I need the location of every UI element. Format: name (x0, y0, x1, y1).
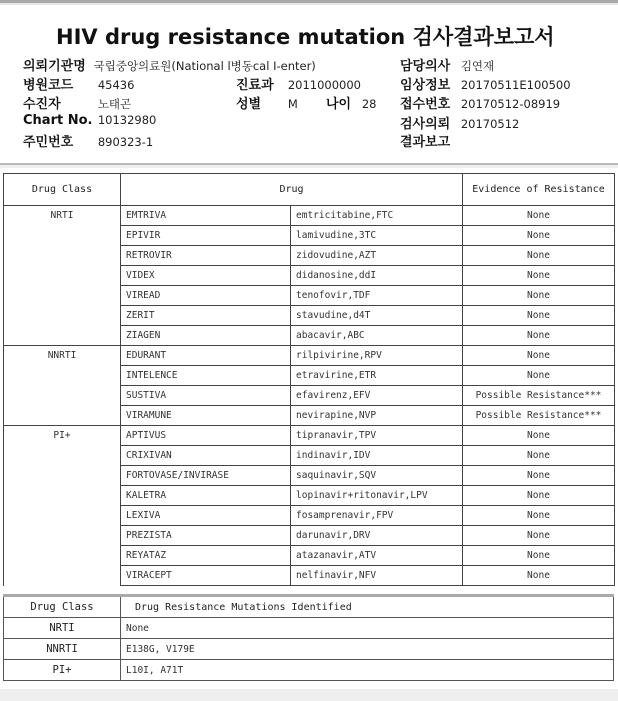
generic-name-cell: fosamprenavir,FPV (291, 506, 463, 526)
resistance-table: Drug Class Drug Evidence of Resistance N… (3, 173, 615, 586)
table-header-row: Drug Class Drug Evidence of Resistance (4, 174, 615, 206)
brand-name-cell: APTIVUS (121, 426, 291, 446)
evidence-cell: None (463, 246, 615, 266)
generic-name-cell: nelfinavir,NFV (291, 566, 463, 586)
info-receipt-number: 접수번호 20170512-08919 (400, 93, 560, 112)
evidence-cell: None (463, 486, 615, 506)
generic-name-cell: saquinavir,SQV (291, 466, 463, 486)
info-label: 수진자 (23, 93, 94, 112)
info-label: Chart No. (23, 113, 94, 128)
generic-name-cell: etravirine,ETR (291, 366, 463, 386)
info-label: 담당의사 (400, 55, 457, 74)
info-hospital-code: 병원코드 45436 (23, 74, 134, 93)
brand-name-cell: CRIXIVAN (121, 446, 291, 466)
evidence-cell: None (463, 566, 615, 586)
generic-name-cell: abacavir,ABC (291, 326, 463, 346)
drug-class-cell: NNRTI (4, 346, 121, 426)
info-value: 김연재 (461, 59, 494, 73)
generic-name-cell: emtricitabine,FTC (291, 206, 463, 226)
info-clinical-info: 임상정보 20170511E100500 (400, 74, 571, 93)
table-row: NNRTI EDURANT rilpivirine,RPV None (4, 346, 615, 366)
brand-name-cell: FORTOVASE/INVIRASE (121, 466, 291, 486)
info-label: 결과보고 (400, 131, 457, 150)
evidence-cell: Possible Resistance*** (463, 406, 615, 426)
table-row: NRTI EMTRIVA emtricitabine,FTC None (4, 206, 615, 226)
generic-name-cell: rilpivirine,RPV (291, 346, 463, 366)
mutations-row: PI+ L10I, A71T (4, 660, 614, 681)
info-label: 성별 (236, 93, 284, 112)
drug-class-cell: NRTI (4, 618, 121, 639)
generic-name-cell: atazanavir,ATV (291, 546, 463, 566)
brand-name-cell: EDURANT (121, 346, 291, 366)
brand-name-cell: SUSTIVA (121, 386, 291, 406)
generic-name-cell: tenofovir,TDF (291, 286, 463, 306)
brand-name-cell: INTELENCE (121, 366, 291, 386)
evidence-cell: None (463, 346, 615, 366)
drug-class-cell: NRTI (4, 206, 121, 346)
header-evidence: Evidence of Resistance (463, 174, 615, 206)
evidence-cell: None (463, 206, 615, 226)
mutations-table: Drug Class Drug Resistance Mutations Ide… (3, 594, 614, 681)
brand-name-cell: VIDEX (121, 266, 291, 286)
brand-name-cell: REYATAZ (121, 546, 291, 566)
evidence-cell: None (463, 286, 615, 306)
info-patient-name: 수진자 노태곤 (23, 93, 131, 112)
mutations-row: NNRTI E138G, V179E (4, 639, 614, 660)
generic-name-cell: lopinavir+ritonavir,LPV (291, 486, 463, 506)
drug-class-cell: PI+ (4, 660, 121, 681)
mutations-cell: L10I, A71T (121, 660, 614, 681)
info-value: 노태곤 (98, 97, 131, 111)
info-resident-number: 주민번호 890323-1 (23, 131, 153, 150)
info-label: 병원코드 (23, 74, 94, 93)
info-label: 임상정보 (400, 74, 457, 93)
brand-name-cell: VIREAD (121, 286, 291, 306)
info-label: 접수번호 (400, 93, 457, 112)
info-value: 국립중앙의료원(National l병동cal I-enter) (94, 59, 316, 73)
drug-class-cell: NNRTI (4, 639, 121, 660)
evidence-cell: None (463, 526, 615, 546)
header-mutations: Drug Resistance Mutations Identified (121, 596, 614, 618)
info-chart-no: Chart No. 10132980 (23, 113, 156, 128)
evidence-cell: None (463, 426, 615, 446)
mutations-cell: E138G, V179E (121, 639, 614, 660)
info-label: 나이 (326, 93, 358, 112)
generic-name-cell: zidovudine,AZT (291, 246, 463, 266)
generic-name-cell: indinavir,IDV (291, 446, 463, 466)
evidence-cell: None (463, 446, 615, 466)
info-test-request-date: 검사의뢰 20170512 (400, 113, 519, 132)
brand-name-cell: VIRACEPT (121, 566, 291, 586)
evidence-cell: Possible Resistance*** (463, 386, 615, 406)
brand-name-cell: KALETRA (121, 486, 291, 506)
info-value: M (288, 97, 298, 111)
brand-name-cell: EPIVIR (121, 226, 291, 246)
brand-name-cell: RETROVIR (121, 246, 291, 266)
evidence-cell: None (463, 466, 615, 486)
evidence-cell: None (463, 326, 615, 346)
generic-name-cell: lamivudine,3TC (291, 226, 463, 246)
info-sex: 성별 M (236, 93, 298, 112)
info-attending-physician: 담당의사 김연재 (400, 55, 494, 74)
brand-name-cell: LEXIVA (121, 506, 291, 526)
info-label: 주민번호 (23, 131, 94, 150)
info-value: 45436 (98, 78, 135, 92)
header-drug: Drug (121, 174, 463, 206)
info-label: 진료과 (236, 74, 284, 93)
evidence-cell: None (463, 306, 615, 326)
info-label: 검사의뢰 (400, 113, 457, 132)
section-divider-shadow (0, 165, 618, 168)
drug-class-cell: PI+ (4, 426, 121, 586)
generic-name-cell: nevirapine,NVP (291, 406, 463, 426)
info-department: 진료과 2011000000 (236, 74, 361, 93)
evidence-cell: None (463, 366, 615, 386)
generic-name-cell: stavudine,d4T (291, 306, 463, 326)
info-requesting-institution: 의뢰기관명 국립중앙의료원(National l병동cal I-enter) (23, 55, 316, 74)
brand-name-cell: ZIAGEN (121, 326, 291, 346)
evidence-cell: None (463, 266, 615, 286)
info-label: 의뢰기관명 (23, 59, 86, 74)
info-value: 2011000000 (288, 78, 361, 92)
generic-name-cell: tipranavir,TPV (291, 426, 463, 446)
header-drug-class: Drug Class (4, 596, 121, 618)
info-value: 10132980 (98, 113, 157, 127)
report-title: HIV drug resistance mutation 검사결과보고서 (56, 21, 555, 51)
mutations-row: NRTI None (4, 618, 614, 639)
generic-name-cell: efavirenz,EFV (291, 386, 463, 406)
brand-name-cell: PREZISTA (121, 526, 291, 546)
brand-name-cell: EMTRIVA (121, 206, 291, 226)
brand-name-cell: VIRAMUNE (121, 406, 291, 426)
mutations-cell: None (121, 618, 614, 639)
evidence-cell: None (463, 226, 615, 246)
info-value: 20170512 (461, 117, 520, 131)
mutations-header-row: Drug Class Drug Resistance Mutations Ide… (4, 596, 614, 618)
info-value: 890323-1 (98, 135, 153, 149)
header-drug-class: Drug Class (4, 174, 121, 206)
evidence-cell: None (463, 506, 615, 526)
window-top-shadow (0, 3, 618, 5)
info-value: 20170512-08919 (461, 97, 560, 111)
brand-name-cell: ZERIT (121, 306, 291, 326)
evidence-cell: None (463, 546, 615, 566)
info-age: 나이 28 (326, 93, 376, 112)
page-bottom-band (0, 689, 618, 701)
info-value: 28 (362, 97, 377, 111)
info-value: 20170511E100500 (461, 78, 571, 92)
generic-name-cell: darunavir,DRV (291, 526, 463, 546)
table-row: PI+ APTIVUS tipranavir,TPV None (4, 426, 615, 446)
info-result-report: 결과보고 (400, 131, 457, 150)
generic-name-cell: didanosine,ddI (291, 266, 463, 286)
